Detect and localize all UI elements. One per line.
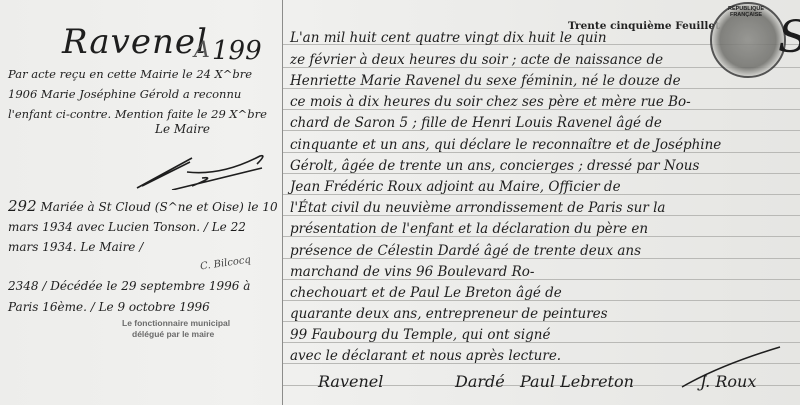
act-line: cinquante et un ans, qui déclare le reco… [290, 137, 721, 153]
act-line: l'État civil du neuvième arrondissement … [290, 200, 665, 216]
act-line: marchand de vins 96 Boulevard Ro- [290, 264, 534, 280]
death-official-stamp: Le fonctionnaire municipal délégué par l… [122, 318, 230, 340]
signature-ravenel: Ravenel [318, 372, 383, 391]
margin-surname: Ravenel [62, 22, 208, 62]
signature-lebreton: Paul Lebreton [520, 372, 634, 391]
act-line: présence de Célestin Dardé âgé de trente… [290, 243, 641, 259]
act-line: présentation de l'enfant et la déclarati… [290, 221, 648, 237]
act-line: ce mois à dix heures du soir chez ses pè… [290, 94, 691, 110]
act-line: ze février à deux heures du soir ; acte … [290, 52, 663, 68]
recognition-signed-label: Le Maire [155, 122, 210, 136]
marriage-note: 292 Mariée à St Cloud (S^ne et Oise) le … [8, 196, 278, 257]
officer-flourish-icon [680, 345, 790, 390]
stamp-line: Le fonctionnaire municipal [122, 318, 230, 329]
act-line: avec le déclarant et nous après lecture. [290, 348, 561, 364]
marriage-officer-signature: C. Bilcocq [199, 255, 251, 273]
act-line: chechouart et de Paul Le Breton âgé de [290, 285, 562, 301]
document-page: Ravenel A 199 Par acte reçu en cette Mai… [0, 0, 800, 405]
marriage-note-text: Mariée à St Cloud (S^ne et Oise) le 10 m… [8, 200, 278, 254]
act-line: quarante deux ans, entrepreneur de peint… [290, 306, 608, 322]
mayor-signature-icon [132, 150, 277, 190]
act-line: chard de Saron 5 ; fille de Henri Louis … [290, 115, 662, 131]
margin-divider [282, 0, 283, 405]
recognition-note: Par acte reçu en cette Mairie le 24 X^br… [8, 64, 273, 124]
act-line: L'an mil huit cent quatre vingt dix huit… [290, 30, 607, 46]
act-letter: A [194, 38, 210, 63]
marriage-note-number: 292 [8, 197, 37, 215]
stamp-line: délégué par le maire [122, 329, 230, 340]
act-line: Gérolt, âgée de trente un ans, concierge… [290, 158, 699, 174]
act-line: Jean Frédéric Roux adjoint au Maire, Off… [290, 179, 621, 195]
seal-text: RÉPUBLIQUE FRANÇAISE [714, 6, 778, 18]
act-line: 99 Faubourg du Temple, qui ont signé [290, 327, 550, 343]
death-note: 2348 / Décédée le 29 septembre 1996 à Pa… [8, 276, 268, 318]
act-number: 199 [212, 36, 262, 66]
act-line: Henriette Marie Ravenel du sexe féminin,… [290, 73, 681, 89]
side-letter: S [778, 12, 800, 63]
signature-darde: Dardé [455, 372, 505, 391]
